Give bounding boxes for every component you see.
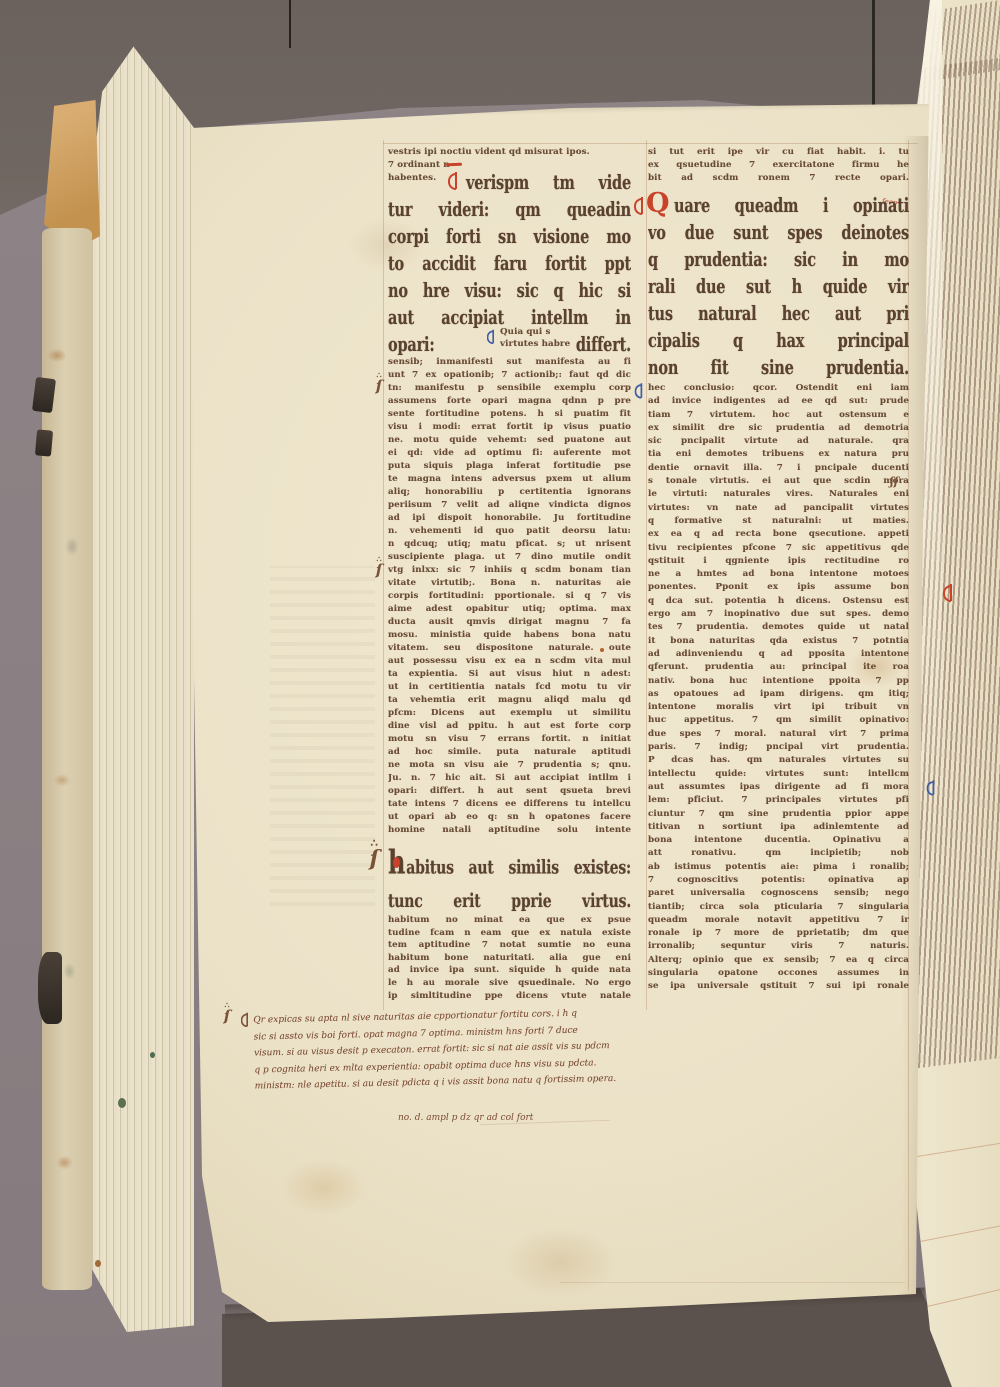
text-line: dentie ornavit illa. 7 i pncipale ducent… <box>648 462 909 475</box>
text-line: ciuntur 7 qm sine prudentia ppior appe <box>648 808 909 821</box>
text-line: Ju. n. 7 hic ait. Si aut accipiat intllm… <box>388 772 631 785</box>
text-line: s tonale virtutis. ei aut que scdin mora <box>648 475 909 488</box>
text-line: ip simltitudine ppe dicens vtute natale <box>388 990 631 1003</box>
text-line: tudine fcam n eam que ex natula existe <box>388 927 631 940</box>
text-line: motu sn visu 7 errans fortit. n initiat <box>388 733 631 746</box>
text-line: q formative st naturalni: ut maties. <box>648 515 909 528</box>
ruling-line-horizontal-top <box>383 143 918 144</box>
rust-speck <box>95 1260 101 1267</box>
paraph-mark-red-right <box>634 198 642 213</box>
signe-tail: ſ <box>364 848 384 868</box>
text-line: 7 cognoscitivs potentis: opinativa ap <box>648 874 909 887</box>
text-line: ad adinveniendu q ad pposita intentone <box>648 648 909 661</box>
manuscript-photo-scene: vestris ipi noctiu vident qd misurat ipo… <box>0 0 1000 1387</box>
text-line: ne. motu quide vehemt: sed puatone aut <box>388 434 631 447</box>
text-line: rali due sut h quide vir <box>648 274 909 301</box>
text-line: hec conclusio: qcor. Ostendit eni iam <box>648 382 909 395</box>
paraph-mark-blue-right <box>635 384 642 397</box>
text-line: habitum no minat ea que ex psue <box>388 914 631 927</box>
text-line: sente fortitudine potens. h si puatim fi… <box>388 408 631 421</box>
text-line: ex ea q ad recta bone qsecutione. appeti <box>648 528 909 541</box>
text-line: as opatoues ad ipam dirigens. qm itiq; <box>648 688 909 701</box>
text-line: ad invice indigentes ad ee qd sut: prude <box>648 395 909 408</box>
text-line: tia eni demotes tribuens ex natura pru <box>648 448 909 461</box>
text-line: homine natali aptitudine solu intente <box>388 824 631 837</box>
text-line: ad invice ipa sunt. siquide h quide nata <box>388 964 631 977</box>
text-line: pfcm: Dicens aut exemplu ut similitu <box>388 707 631 720</box>
text-line: ex qsuetudine 7 exercitatone firmu he <box>648 159 909 172</box>
catchword-note: no. d. ampl p dz qr ad col fort <box>398 1112 533 1124</box>
text-line: virtutes habre <box>500 339 625 351</box>
text-line: huc appetitus. 7 qm similit opinativo: <box>648 714 909 727</box>
hanging-cord-right <box>872 0 875 116</box>
text-line: se ipa universale qstituit 7 sui ipi ron… <box>648 980 909 993</box>
text-line: vtg inlxx: sic 7 inhiis q scdm bonam tia… <box>388 564 631 577</box>
text-line: bona intentone ducentia. Opinativu a <box>648 834 909 847</box>
text-line: due spes 7 moral. natural virt 7 prima <box>648 728 909 741</box>
text-line: te magna intens adversus pxem ut alium <box>388 473 631 486</box>
text-line: ad hoc simile. puta naturale aptitudi <box>388 746 631 759</box>
gloss-paraph-mark <box>241 1014 247 1026</box>
right-commentary-text: hec conclusio: qcor. Ostendit eni iamad … <box>648 382 909 994</box>
text-line: titivan n sortiunt ipa adinlemtente ad <box>648 821 909 834</box>
signe-tail: ſ <box>372 563 386 577</box>
text-line: paret universalia cognoscens sensib; neg… <box>648 887 909 900</box>
left-commentary-text: sensib; inmanifesti sut manifesta au fiu… <box>388 356 631 837</box>
ink-showthrough <box>270 566 375 906</box>
text-line: dine visl ad ppitu. h aut est forte corp <box>388 720 631 733</box>
text-line: tur videri: qm queadin <box>388 197 631 224</box>
left-heading-commentary: habitum no minat ea que ex psuetudine fc… <box>388 914 631 1002</box>
main-page: vestris ipi noctiu vident qd misurat ipo… <box>150 96 940 1336</box>
text-line: periisum 7 velit ad aliqne vindicta dign… <box>388 499 631 512</box>
text-line: aut assumtes ipas dirigente ad fi mora <box>648 781 909 794</box>
text-line: ta expientia. Si aut visus hiut n adest: <box>388 668 631 681</box>
text-line: unt 7 ex opationib; 7 actionib;: faut qd… <box>388 369 631 382</box>
text-line: le virtuti: naturales vires. Naturales e… <box>648 488 909 501</box>
signe-de-renvoi-mark-heading: ∴ ſ <box>364 838 384 868</box>
text-line: ad ipi dispoit honorabile. Ju fortitudin… <box>388 512 631 525</box>
text-line: paris. 7 indig; pncipal virt prudentia. <box>648 741 909 754</box>
text-line: tn: manifestu p sensibile exemplu corp <box>388 382 631 395</box>
ruling-line-horizontal-bottom <box>560 1282 905 1283</box>
right-top-small-text: si tut erit ipe vir cu fiat habit. i. tu… <box>648 146 909 185</box>
text-line: ponentes. Pponit ex ipis assume bon <box>648 581 909 594</box>
right-large-text: uare queadm i opinativo due sunt spes de… <box>648 193 909 382</box>
text-line: vo due sunt spes deinotes <box>648 220 909 247</box>
text-line: Quia qui s <box>500 327 625 339</box>
text-line: non fit sine prudentia. <box>648 355 909 382</box>
clasp-hook-bottom <box>38 952 62 1024</box>
text-line: irronalib; sequntur viris 7 naturis. <box>648 940 909 953</box>
text-line: ut opari ab eo q: sn h opatones facere <box>388 811 631 824</box>
text-line: to accidit faru fortit ppt <box>388 251 631 278</box>
text-line: cipalis q hax principal <box>648 328 909 355</box>
text-line: assumens forte opari magna qdnn p pre <box>388 395 631 408</box>
text-line: vestris ipi noctiu vident qd misurat ipo… <box>388 146 631 159</box>
text-line: tes 7 prudentia. demotes quide ut natal <box>648 621 909 634</box>
signe-tail: ſ <box>220 1009 234 1023</box>
text-line: bit ad scdm ronem 7 recte opari. <box>648 172 909 185</box>
text-line: q dca sut. potentia h dicens. Ostensu es… <box>648 595 909 608</box>
text-line: sic pncipalit virtute ad naturale. qra <box>648 435 909 448</box>
text-line: sensib; inmanifesti sut manifesta au fi <box>388 356 631 369</box>
text-line: aut possessu visu ex ea n scdm vita mul <box>388 655 631 668</box>
text-line: ut in certitientia natals fcd motu tu vi… <box>388 681 631 694</box>
text-line: intentone moralis virt ipi tribuit vn <box>648 701 909 714</box>
text-line: ne mota sn visu aie 7 prudentia s; qnu. <box>388 759 631 772</box>
text-line: nativ. bona huc intentione ppoita 7 pp <box>648 675 909 688</box>
text-line: no hre visu: sic q hic si <box>388 278 631 305</box>
ink-blot <box>600 648 604 652</box>
text-line: corpi forti sn visione mo <box>388 224 631 251</box>
text-line: ergo am 7 inopinativo due sut spes. demo <box>648 608 909 621</box>
text-line: aliq; honorabiliu p certitentia ignorans <box>388 486 631 499</box>
text-line: tus natural hec aut pri <box>648 301 909 328</box>
text-line: ei qd: vide ad optimu fi: auferente mot <box>388 447 631 460</box>
text-line: att ronativu. qm incipietib; nob <box>648 847 909 860</box>
text-line: n. vehementi id quo patit deorsu latu: <box>388 525 631 538</box>
text-line: lem: pficiut. 7 principales virtutes pfi <box>648 794 909 807</box>
signe-de-renvoi-mark-gloss: ∴ ſ <box>220 1002 234 1023</box>
text-line: queadm morale notavit appetitivu 7 ir <box>648 914 909 927</box>
text-line: ab istimus potentis aie: pima i ronalib; <box>648 861 909 874</box>
paraph-mark-red-facing <box>943 585 951 600</box>
heading-text: abitus aut similis existes: <box>406 857 631 879</box>
text-line: virtutes: vn nate ad pancipalit virtutes <box>648 502 909 515</box>
text-line: aime adest opabitur utiq; optima. max <box>388 603 631 616</box>
left-heading: habitus aut similis existes: tunc erit p… <box>388 845 631 919</box>
text-line: vitate virtutib;. Bona n. naturitas aie <box>388 577 631 590</box>
text-line: tiam 7 virtutem. hoc aut ostensum e <box>648 409 909 422</box>
green-speck <box>118 1098 126 1108</box>
margin-squiggle-mark: ʃſ <box>890 476 898 487</box>
text-line: habitum bone naturitati. alia gue eni <box>388 952 631 965</box>
text-line: visu i modi: errat fortit ip visus puati… <box>388 421 631 434</box>
text-line: q prudentia: sic in mo <box>648 247 909 274</box>
text-line: it bona naturitas qda existus 7 potntia <box>648 635 909 648</box>
ruling-line-vertical-center <box>646 140 647 1010</box>
text-line: verispm tm vide <box>388 170 631 197</box>
signe-de-renvoi-mark: ∴ ſ <box>372 556 386 577</box>
paraph-mark-blue-inset <box>487 331 493 343</box>
text-line: P dcas has. qm naturales virtutes su <box>648 754 909 767</box>
paraph-mark-blue-facing <box>927 781 934 794</box>
red-line-filler <box>446 163 462 166</box>
text-line: ronale ip 7 more de pprietatib; dm que <box>648 927 909 940</box>
text-line: si tut erit ipe vir cu fiat habit. i. tu <box>648 146 909 159</box>
text-line: corpis fortitudini: pportionale. si q 7 … <box>388 590 631 603</box>
text-line: Alterq; opinio que ex sensib; 7 ea q cir… <box>648 954 909 967</box>
hanging-cord-left <box>289 0 291 48</box>
text-line: singularia opatone occones assumes in <box>648 967 909 980</box>
text-line: qferunt. prudentia au: principal ite roa <box>648 661 909 674</box>
clasp-hook-top <box>32 377 56 413</box>
text-line: qstituit i qgniente ipis rectitudine ro <box>648 555 909 568</box>
text-line: suscipiente plaga. ut 7 dino mutile ondi… <box>388 551 631 564</box>
text-line: tate intens 7 dicens ee differens tu int… <box>388 798 631 811</box>
text-line: ducta ausit qmvis dirigat magnu 7 fa <box>388 616 631 629</box>
bottom-gloss-text: Qr expicas su apta nl sive naturitas aie… <box>253 1004 685 1095</box>
text-line: n qdcuq; utiq; matu pficat. s; ut nrisen… <box>388 538 631 551</box>
text-line: tivu recipientes pfcone 7 sic appetitivu… <box>648 542 909 555</box>
heading-initial-h: h <box>388 845 405 879</box>
text-line: opari: differt. h aut sent qsueta brevi <box>388 785 631 798</box>
text-line: ta vehemtia erit magnu aliqd malu qd <box>388 694 631 707</box>
heading-line-1: habitus aut similis existes: <box>388 845 631 886</box>
text-line: uare queadm i opinati <box>648 193 909 220</box>
text-line: le h au morale sive qsuedinale. No ergo <box>388 977 631 990</box>
text-line: tem aptitudine 7 notat sumtie no euna <box>388 939 631 952</box>
text-line: vitatem. seu dispositone naturale. oute <box>388 642 631 655</box>
signe-tail: ſ <box>372 379 386 393</box>
left-inset-small-text: Quia qui svirtutes habre <box>500 327 625 350</box>
signe-de-renvoi-mark: ∴ ſ <box>372 372 386 393</box>
text-line: ne a hmtes ad bona intentone motoes <box>648 568 909 581</box>
text-line: intellectu quide: virtutes sunt: intellc… <box>648 768 909 781</box>
text-line: puta siquis plaga inferat fortitudie pse <box>388 460 631 473</box>
text-line: ex similit dre sic prudentia ad demotria <box>648 422 909 435</box>
clasp-hook-middle <box>35 429 53 456</box>
green-speck-small <box>150 1052 155 1058</box>
text-line: mosu. ministia quide habens bona natu <box>388 629 631 642</box>
text-line: tiantib; circa sola pticularia 7 singula… <box>648 901 909 914</box>
red-dot-decoration <box>393 857 400 868</box>
